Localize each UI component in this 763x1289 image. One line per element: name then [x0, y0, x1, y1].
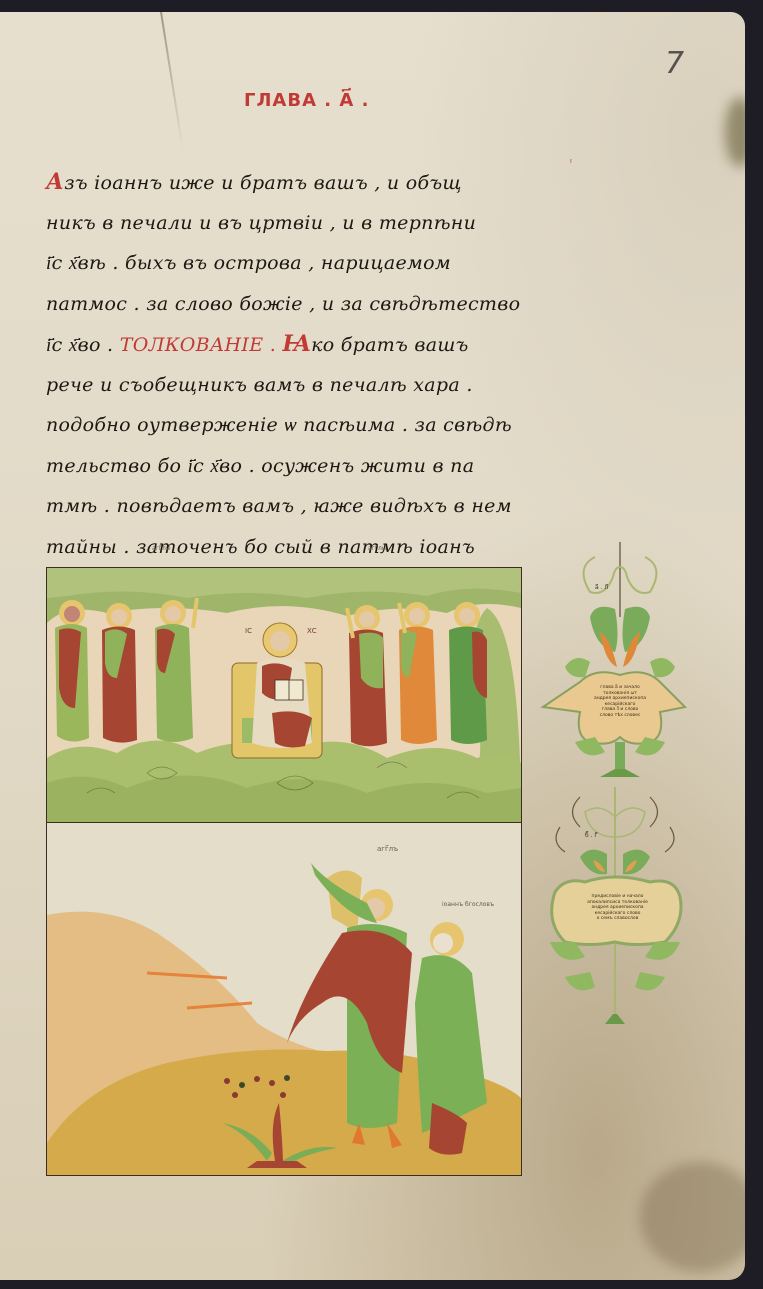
text-line-5: і҃с х҃во . ТОЛКОВАНІЕ . Ꙗко братъ вашъ: [46, 324, 516, 365]
john-label: іоаннъ бгословъ: [442, 901, 494, 908]
text-line-4: патмос . за слово божіе , и за свѣдѣтест…: [46, 284, 516, 325]
ornament-upper-illustration: а҃ . л҃: [535, 537, 695, 787]
rubric-initial: Ꙗ: [282, 331, 311, 357]
chapter-heading: ГЛАВА . А҃ .: [244, 90, 369, 111]
text-line-3: і҃с х҃вѣ . быхъ въ острова , нарицаемом: [46, 243, 516, 284]
text-line-10: тайны . заточенъ бо сый в патмѣ іоанъ: [46, 527, 516, 568]
manuscript-page: 7 ГЛАВА . А҃ . ⸯ Азъ іоаннъ иже и братъ …: [0, 12, 745, 1280]
svg-text:б҃ . г҃: б҃ . г҃: [585, 831, 598, 839]
drop-initial: А: [46, 169, 64, 195]
text-line-1: Азъ іоаннъ иже и братъ вашъ , и объщ: [46, 162, 516, 203]
christ-with-angels-illustration: ІС ХС: [47, 568, 521, 823]
miniature-label-left: агг҃лы: [152, 545, 171, 552]
miniature-christ-enthroned: ІС ХС: [46, 567, 522, 824]
ornament-upper-text: глава а҃ и зачало толкованія ѡт андрея а…: [580, 685, 660, 718]
miniature-angel-and-john: агг҃лъ іоаннъ бгословъ: [46, 822, 522, 1176]
christ-label-ic: ІС: [245, 627, 252, 635]
text-line-9: тмѣ . повѣдаетъ вамъ , ꙗже видѣхъ в нем: [46, 486, 516, 527]
marginal-ornament-lower: б҃ . г҃ предисловіе и начало апокалипсис…: [535, 782, 695, 1032]
angels-left: [55, 598, 197, 743]
text-line-8: тельство бо і҃с х҃во . осуженъ жити в па: [46, 446, 516, 487]
corner-stain: [640, 1162, 745, 1272]
angel-label: агг҃лъ: [377, 844, 398, 853]
margin-note-mark: ⸯ: [568, 162, 574, 192]
parchment-crease: [160, 12, 184, 150]
christ-label-xc: ХС: [307, 627, 317, 635]
angels-right: [347, 602, 487, 746]
rubric-commentary: ТОЛКОВАНІЕ .: [120, 334, 276, 356]
text-line-6: рече и съобещникъ вамъ в печалѣ хара .: [46, 365, 516, 406]
edge-stain: [725, 97, 745, 167]
miniature-label-right: агг҃лы: [368, 545, 387, 552]
angel-and-john-illustration: агг҃лъ іоаннъ бгословъ: [47, 823, 521, 1175]
folio-number: 7: [665, 46, 684, 81]
ornament-lower-text: предисловіе и начало апокалипсиса толков…: [570, 894, 665, 922]
text-line-7: подобно оутверженіе ѡ пасѣима . за свѣдѣ: [46, 405, 516, 446]
text-line-2: никъ в печали и въ цртвіи , и в терпѣни: [46, 203, 516, 244]
marginal-ornament-upper: а҃ . л҃ глава а҃ и зачало толкованія ѡт …: [535, 537, 695, 787]
svg-text:а҃ . л҃: а҃ . л҃: [595, 584, 609, 591]
